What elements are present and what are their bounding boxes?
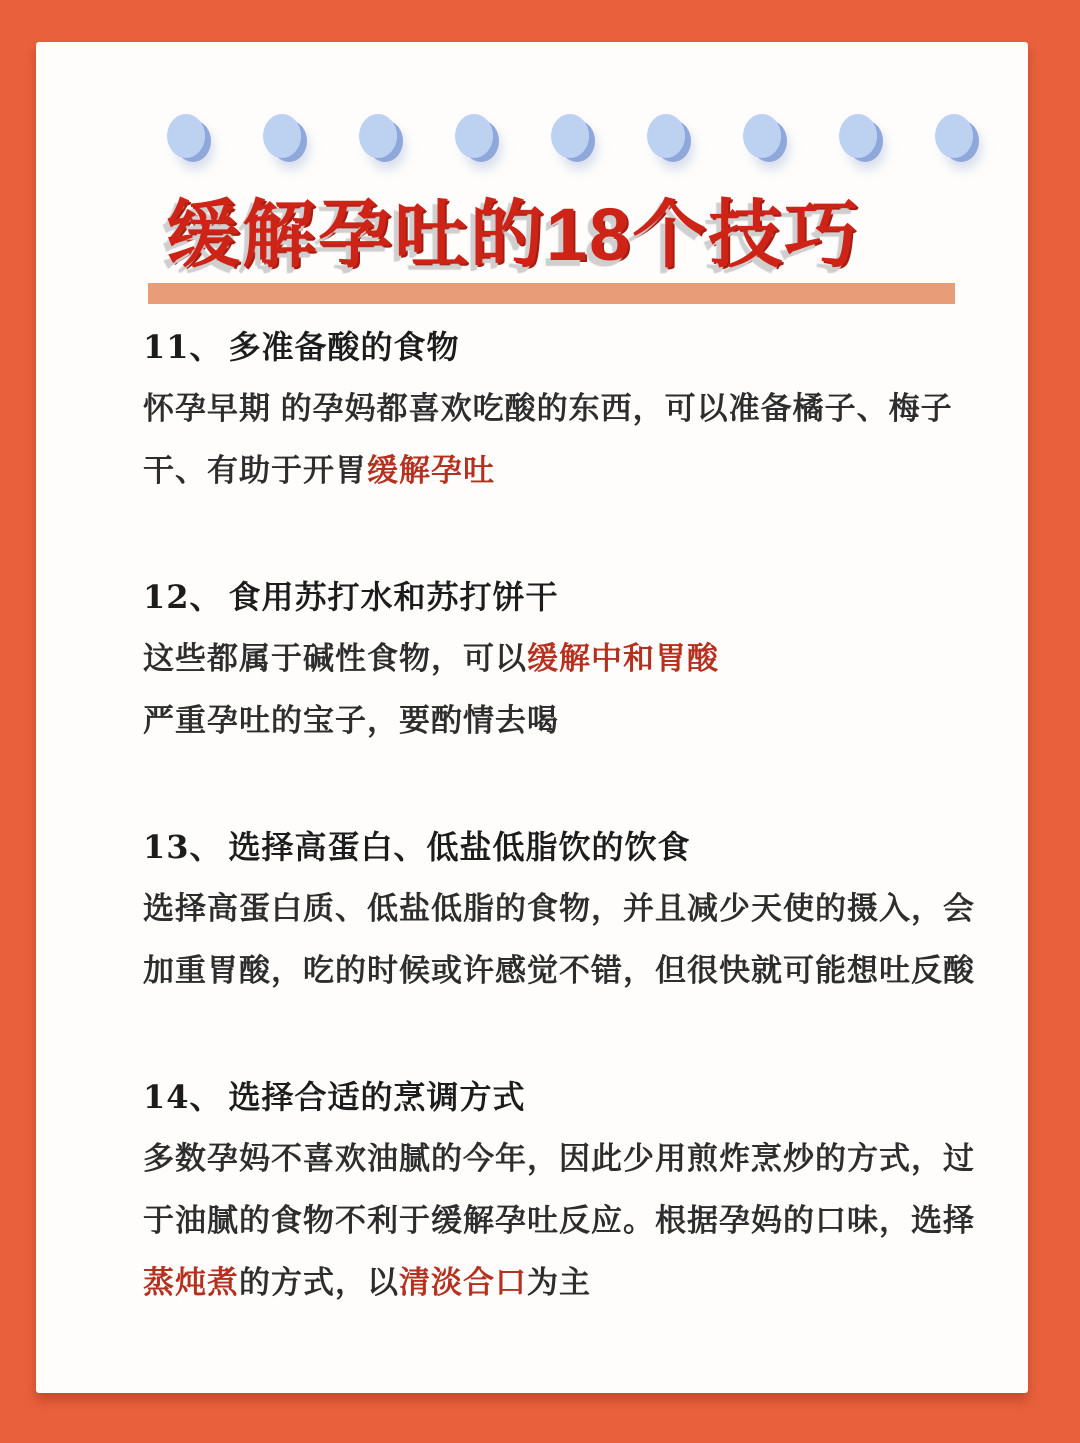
section-heading-text: 食用苏打水和苏打饼干 — [229, 579, 559, 615]
body-line: 怀孕早期 的孕妈都喜欢吃酸的东西，可以准备橘子、梅子 — [143, 378, 943, 440]
section-number: 11、 — [143, 328, 223, 366]
body-line: 选择高蛋白质、低盐低脂的食物，并且减少天使的摄入，会 — [143, 878, 943, 940]
dot-icon — [167, 114, 205, 158]
body-line: 蒸炖煮的方式，以清淡合口为主 — [143, 1252, 943, 1314]
text-segment: 干、有助于开胃 — [143, 453, 367, 488]
highlight-text: 缓解孕吐 — [367, 453, 495, 488]
dot-icon — [455, 114, 493, 158]
body-line: 加重胃酸，吃的时候或许感觉不错，但很快就可能想吐反酸 — [143, 940, 943, 1002]
text-segment: 多数孕妈不喜欢油腻的今年，因此少用煎炸烹炒的方式，过 — [143, 1141, 975, 1176]
highlight-text: 清淡合口 — [399, 1265, 527, 1300]
content-card: 缓解孕吐的18个技巧 11、多准备酸的食物怀孕早期 的孕妈都喜欢吃酸的东西，可以… — [36, 42, 1028, 1393]
highlight-text: 蒸炖煮 — [143, 1265, 239, 1300]
page-title: 缓解孕吐的18个技巧 — [166, 196, 1028, 274]
text-segment: 加重胃酸，吃的时候或许感觉不错，但很快就可能想吐反酸 — [143, 953, 975, 988]
dot-icon — [647, 114, 685, 158]
section-number: 13、 — [143, 828, 223, 866]
title-underline — [148, 283, 955, 304]
body-line: 多数孕妈不喜欢油腻的今年，因此少用煎炸烹炒的方式，过 — [143, 1128, 943, 1190]
dot-icon — [551, 114, 589, 158]
body-line: 于油腻的食物不利于缓解孕吐反应。根据孕妈的口味，选择 — [143, 1190, 943, 1252]
tip-section: 11、多准备酸的食物怀孕早期 的孕妈都喜欢吃酸的东西，可以准备橘子、梅子干、有助… — [143, 316, 943, 502]
highlight-text: 缓解中和胃酸 — [527, 641, 719, 676]
tip-section: 12、食用苏打水和苏打饼干这些都属于碱性食物，可以缓解中和胃酸严重孕吐的宝子，要… — [143, 566, 943, 752]
poster-frame: 缓解孕吐的18个技巧 11、多准备酸的食物怀孕早期 的孕妈都喜欢吃酸的东西，可以… — [0, 0, 1080, 1443]
dot-icon — [935, 114, 973, 158]
section-heading-text: 选择高蛋白、低盐低脂饮的饮食 — [229, 829, 691, 865]
section-heading-text: 选择合适的烹调方式 — [229, 1079, 526, 1115]
section-number: 12、 — [143, 578, 223, 616]
section-heading-text: 多准备酸的食物 — [229, 329, 460, 365]
body-line: 干、有助于开胃缓解孕吐 — [143, 440, 943, 502]
text-segment: 这些都属于碱性食物，可以 — [143, 641, 527, 676]
dot-icon — [839, 114, 877, 158]
dots-row — [36, 114, 1028, 160]
text-segment: 的方式，以 — [239, 1265, 399, 1300]
dot-icon — [263, 114, 301, 158]
dot-icon — [743, 114, 781, 158]
section-heading: 13、选择高蛋白、低盐低脂饮的饮食 — [143, 816, 943, 878]
section-heading: 14、选择合适的烹调方式 — [143, 1066, 943, 1128]
text-segment: 于油腻的食物不利于缓解孕吐反应。根据孕妈的口味，选择 — [143, 1203, 975, 1238]
tip-section: 14、选择合适的烹调方式多数孕妈不喜欢油腻的今年，因此少用煎炸烹炒的方式，过于油… — [143, 1066, 943, 1314]
section-heading: 12、食用苏打水和苏打饼干 — [143, 566, 943, 628]
section-number: 14、 — [143, 1078, 223, 1116]
section-heading: 11、多准备酸的食物 — [143, 316, 943, 378]
body-line: 这些都属于碱性食物，可以缓解中和胃酸 — [143, 628, 943, 690]
tip-section: 13、选择高蛋白、低盐低脂饮的饮食选择高蛋白质、低盐低脂的食物，并且减少天使的摄… — [143, 816, 943, 1002]
text-segment: 怀孕早期 的孕妈都喜欢吃酸的东西，可以准备橘子、梅子 — [143, 391, 953, 426]
dot-icon — [359, 114, 397, 158]
text-segment: 严重孕吐的宝子，要酌情去喝 — [143, 703, 559, 738]
text-segment: 为主 — [527, 1265, 591, 1300]
sections-root: 11、多准备酸的食物怀孕早期 的孕妈都喜欢吃酸的东西，可以准备橘子、梅子干、有助… — [143, 316, 943, 1314]
body-line: 严重孕吐的宝子，要酌情去喝 — [143, 690, 943, 752]
text-segment: 选择高蛋白质、低盐低脂的食物，并且减少天使的摄入，会 — [143, 891, 975, 926]
